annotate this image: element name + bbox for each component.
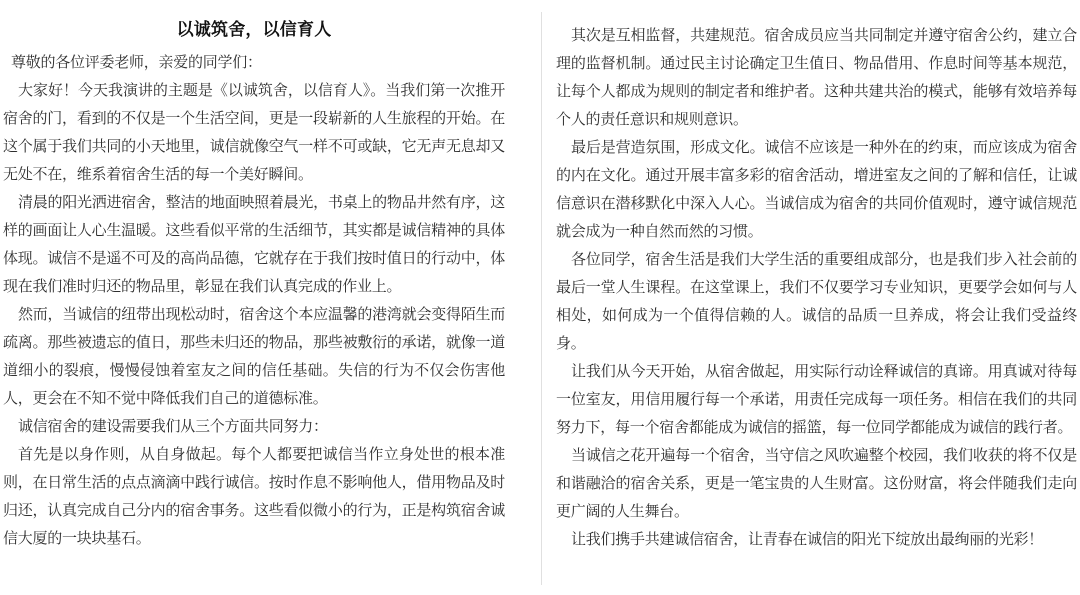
document-title: 以诚筑舍，以信育人	[3, 14, 505, 46]
paragraph: 诚信宿舍的建设需要我们从三个方面共同努力：	[3, 413, 505, 441]
paragraph: 最后是营造氛围，形成文化。诚信不应该是一种外在的约束，而应该成为宿舍的内在文化。…	[556, 134, 1077, 246]
paragraph: 首先是以身作则，从自身做起。每个人都要把诚信当作立身处世的根本准则，在日常生活的…	[3, 441, 505, 553]
paragraph: 清晨的阳光洒进宿舍，整洁的地面映照着晨光，书桌上的物品井然有序，这样的画面让人心…	[3, 189, 505, 301]
paragraph: 让我们携手共建诚信宿舍，让青春在诚信的阳光下绽放出最绚丽的光彩！	[556, 526, 1077, 554]
paragraph: 各位同学，宿舍生活是我们大学生活的重要组成部分，也是我们步入社会前的最后一堂人生…	[556, 246, 1077, 358]
paragraph: 然而，当诚信的纽带出现松动时，宿舍这个本应温馨的港湾就会变得陌生而疏离。那些被遗…	[3, 301, 505, 413]
paragraph: 其次是互相监督，共建规范。宿舍成员应当共同制定并遵守宿舍公约，建立合理的监督机制…	[556, 22, 1077, 134]
right-column: 其次是互相监督，共建规范。宿舍成员应当共同制定并遵守宿舍公约，建立合理的监督机制…	[556, 22, 1077, 554]
paragraph: 大家好！今天我演讲的主题是《以诚筑舍，以信育人》。当我们第一次推开宿舍的门，看到…	[3, 77, 505, 189]
column-divider	[541, 12, 542, 585]
right-column-paragraphs: 其次是互相监督，共建规范。宿舍成员应当共同制定并遵守宿舍公约，建立合理的监督机制…	[556, 22, 1077, 554]
document-page: 以诚筑舍，以信育人 尊敬的各位评委老师，亲爱的同学们： 大家好！今天我演讲的主题…	[0, 0, 1080, 595]
paragraph: 当诚信之花开遍每一个宿舍，当守信之风吹遍整个校园，我们收获的将不仅是和谐融洽的宿…	[556, 442, 1077, 526]
greeting-line: 尊敬的各位评委老师，亲爱的同学们：	[3, 49, 505, 77]
left-column-paragraphs: 大家好！今天我演讲的主题是《以诚筑舍，以信育人》。当我们第一次推开宿舍的门，看到…	[3, 77, 505, 553]
left-column: 以诚筑舍，以信育人 尊敬的各位评委老师，亲爱的同学们： 大家好！今天我演讲的主题…	[3, 14, 505, 553]
paragraph: 让我们从今天开始，从宿舍做起，用实际行动诠释诚信的真谛。用真诚对待每一位室友，用…	[556, 358, 1077, 442]
